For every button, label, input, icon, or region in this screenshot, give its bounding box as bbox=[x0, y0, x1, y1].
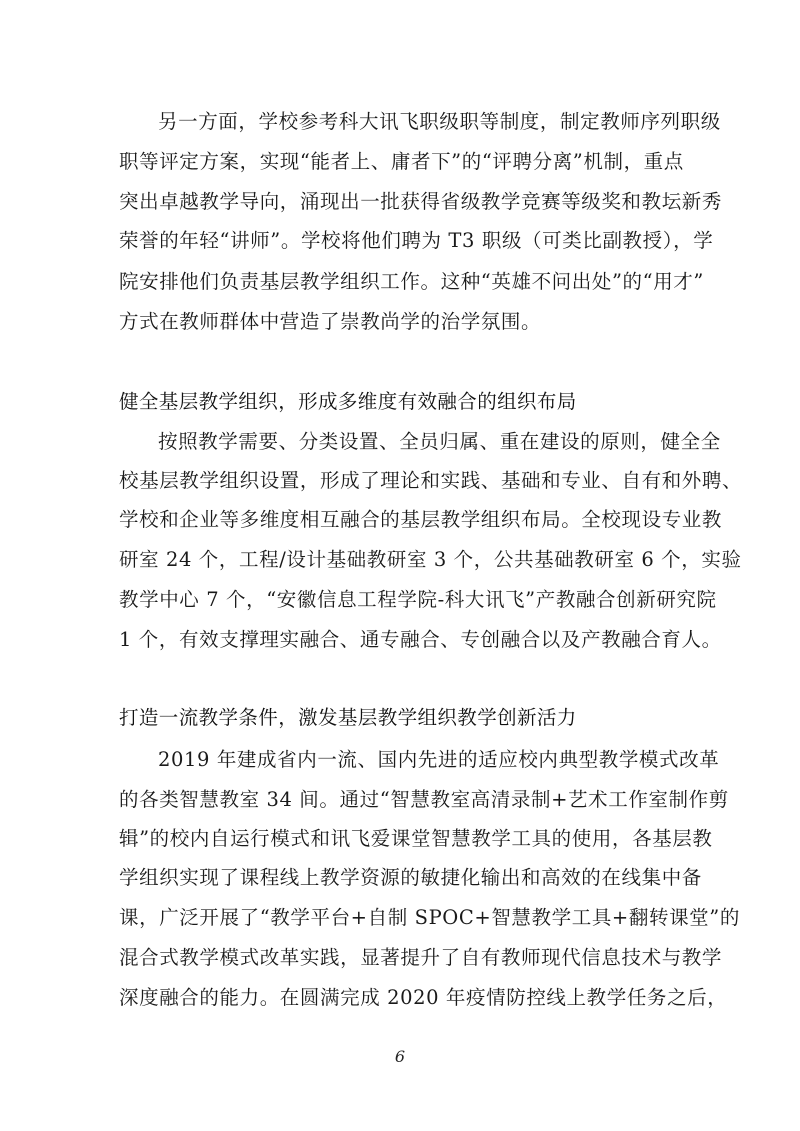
paragraph-line: 学校和企业等多维度相互融合的基层教学组织布局。全校现设专业教 bbox=[119, 508, 683, 532]
paragraph-line: 校基层教学组织设置，形成了理论和实践、基础和专业、自有和外聘、 bbox=[119, 469, 683, 493]
paragraph-line: 按照教学需要、分类设置、全员归属、重在建设的原则，健全全 bbox=[158, 430, 683, 454]
paragraph-line: 1 个，有效支撑理实融合、通专融合、专创融合以及产教融合育人。 bbox=[119, 628, 683, 652]
section-heading: 打造一流教学条件，激发基层教学组织教学创新活力 bbox=[119, 706, 577, 730]
paragraph-line: 的各类智慧教室 34 间。通过“智慧教室高清录制+艺术工作室制作剪 bbox=[119, 788, 683, 812]
paragraph-line: 学组织实现了课程线上教学资源的敏捷化输出和高效的在线集中备 bbox=[119, 866, 683, 890]
paragraph-line: 另一方面，学校参考科大讯飞职级职等制度，制定教师序列职级 bbox=[158, 110, 683, 134]
section-heading: 健全基层教学组织，形成多维度有效融合的组织布局 bbox=[119, 390, 577, 414]
paragraph-line: 课，广泛开展了“教学平台+自制 SPOC+智慧教学工具+翻转课堂”的 bbox=[119, 906, 683, 930]
paragraph-line: 深度融合的能力。在圆满完成 2020 年疫情防控线上教学任务之后， bbox=[119, 986, 683, 1010]
paragraph-line: 混合式教学模式改革实践，显著提升了自有教师现代信息技术与教学 bbox=[119, 946, 683, 970]
paragraph-line: 院安排他们负责基层教学组织工作。这种“英雄不问出处”的“用才” bbox=[119, 270, 683, 294]
paragraph-line: 职等评定方案，实现“能者上、庸者下”的“评聘分离”机制，重点 bbox=[119, 150, 683, 174]
paragraph-line: 突出卓越教学导向，涌现出一批获得省级教学竞赛等级奖和教坛新秀 bbox=[119, 190, 683, 214]
paragraph-line: 2019 年建成省内一流、国内先进的适应校内典型教学模式改革 bbox=[158, 748, 683, 772]
document-page: 另一方面，学校参考科大讯飞职级职等制度，制定教师序列职级 职等评定方案，实现“能… bbox=[0, 0, 800, 1131]
paragraph-line: 教学中心 7 个，“安徽信息工程学院-科大讯飞”产教融合创新研究院 bbox=[119, 588, 683, 612]
paragraph-line: 荣誉的年轻“讲师”。学校将他们聘为 T3 职级（可类比副教授），学 bbox=[119, 229, 683, 253]
paragraph-line: 研室 24 个，工程/设计基础教研室 3 个，公共基础教研室 6 个，实验 bbox=[119, 548, 683, 572]
paragraph-line: 方式在教师群体中营造了崇教尚学的治学氛围。 bbox=[119, 310, 683, 334]
page-number: 6 bbox=[0, 1047, 800, 1066]
paragraph-line: 辑”的校内自运行模式和讯飞爱课堂智慧教学工具的使用，各基层教 bbox=[119, 827, 683, 851]
